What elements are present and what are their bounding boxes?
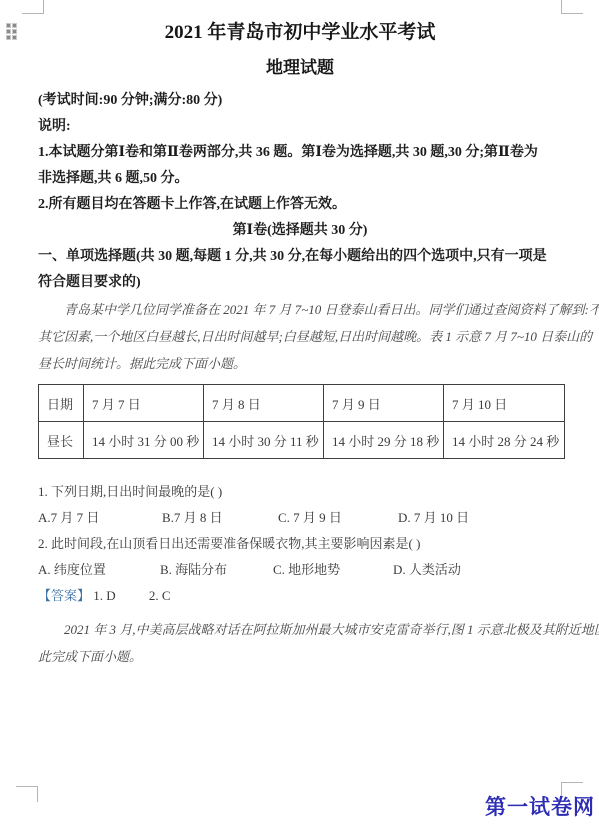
instructions-label: 说明: — [38, 114, 562, 140]
page-title: 2021 年青岛市初中学业水平考试 — [38, 20, 562, 45]
instruction-1-line-2: 非选择题,共 6 题,50 分。 — [38, 166, 562, 192]
margin-crop-mark-top-left — [22, 0, 44, 14]
question-1-stem: 1. 下列日期,日出时间最晚的是( ) — [38, 479, 562, 505]
passage-1-line-2: 其它因素,一个地区白昼越长,日出时间越早;白昼越短,日出时间越晚。表 1 示意 … — [38, 323, 562, 350]
instruction-1-line-1: 1.本试题分第Ⅰ卷和第Ⅱ卷两部分,共 36 题。第Ⅰ卷为选择题,共 30 题,3… — [38, 140, 562, 166]
table-cell: 14 小时 30 分 11 秒 — [204, 422, 324, 459]
answer-value-1: 1. D — [93, 588, 115, 603]
drag-handle-icon[interactable] — [7, 24, 16, 39]
passage-1-line-1: 青岛某中学几位同学准备在 2021 年 7 月 7~10 日登泰山看日出。同学们… — [38, 296, 562, 323]
section-heading-line-2: 符合题目要求的) — [38, 270, 562, 296]
question-1-options: A.7 月 7 日 B.7 月 8 日 C. 7 月 9 日 D. 7 月 10… — [38, 505, 562, 531]
option-b: B.7 月 8 日 — [162, 505, 278, 531]
table-cell: 7 月 7 日 — [84, 385, 204, 422]
margin-crop-mark-bottom-left — [16, 786, 38, 802]
question-2-options: A. 纬度位置 B. 海陆分布 C. 地形地势 D. 人类活动 — [38, 557, 562, 583]
option-a: A. 纬度位置 — [38, 557, 160, 583]
table-cell: 昼长 — [39, 422, 84, 459]
option-c: C. 7 月 9 日 — [278, 505, 398, 531]
margin-crop-mark-top-right — [561, 0, 583, 14]
answer-line: 【答案】 1. D 2. C — [38, 583, 562, 609]
instruction-2: 2.所有题目均在答题卡上作答,在试题上作答无效。 — [38, 192, 562, 218]
table-cell: 14 小时 28 分 24 秒 — [444, 422, 565, 459]
option-d: D. 人类活动 — [393, 557, 562, 583]
table-cell: 日期 — [39, 385, 84, 422]
table-cell: 14 小时 31 分 00 秒 — [84, 422, 204, 459]
table-row: 昼长 14 小时 31 分 00 秒 14 小时 30 分 11 秒 14 小时… — [39, 422, 565, 459]
answer-label: 【答案】 — [38, 588, 90, 603]
table-cell: 7 月 8 日 — [204, 385, 324, 422]
watermark-site-name: 第一试卷网 — [485, 791, 595, 821]
table-cell: 7 月 10 日 — [444, 385, 565, 422]
option-c: C. 地形地势 — [273, 557, 393, 583]
table-cell: 14 小时 29 分 18 秒 — [324, 422, 444, 459]
table-row: 日期 7 月 7 日 7 月 8 日 7 月 9 日 7 月 10 日 — [39, 385, 565, 422]
page-subtitle: 地理试题 — [38, 56, 562, 79]
option-b: B. 海陆分布 — [160, 557, 273, 583]
passage-2-line-1: 2021 年 3 月,中美高层战略对话在阿拉斯加州最大城市安克雷奇举行,图 1 … — [38, 616, 562, 643]
table-cell: 7 月 9 日 — [324, 385, 444, 422]
option-d: D. 7 月 10 日 — [398, 505, 562, 531]
document-page: 2021 年青岛市初中学业水平考试 地理试题 (考试时间:90 分钟;满分:80… — [0, 0, 599, 829]
question-block: 1. 下列日期,日出时间最晚的是( ) A.7 月 7 日 B.7 月 8 日 … — [38, 479, 562, 609]
part1-heading: 第Ⅰ卷(选择题共 30 分) — [38, 218, 562, 244]
exam-info: (考试时间:90 分钟;满分:80 分) — [38, 88, 562, 114]
question-2-stem: 2. 此时间段,在山顶看日出还需要准备保暖衣物,其主要影响因素是( ) — [38, 531, 562, 557]
day-length-table: 日期 7 月 7 日 7 月 8 日 7 月 9 日 7 月 10 日 昼长 1… — [38, 384, 565, 459]
document-content: 2021 年青岛市初中学业水平考试 地理试题 (考试时间:90 分钟;满分:80… — [38, 20, 562, 670]
section-heading-line-1: 一、单项选择题(共 30 题,每题 1 分,共 30 分,在每小题给出的四个选项… — [38, 244, 562, 270]
option-a: A.7 月 7 日 — [38, 505, 162, 531]
passage-2-line-2: 此完成下面小题。 — [38, 643, 562, 670]
answer-value-2: 2. C — [149, 588, 171, 603]
passage-1-line-3: 昼长时间统计。据此完成下面小题。 — [38, 350, 562, 377]
